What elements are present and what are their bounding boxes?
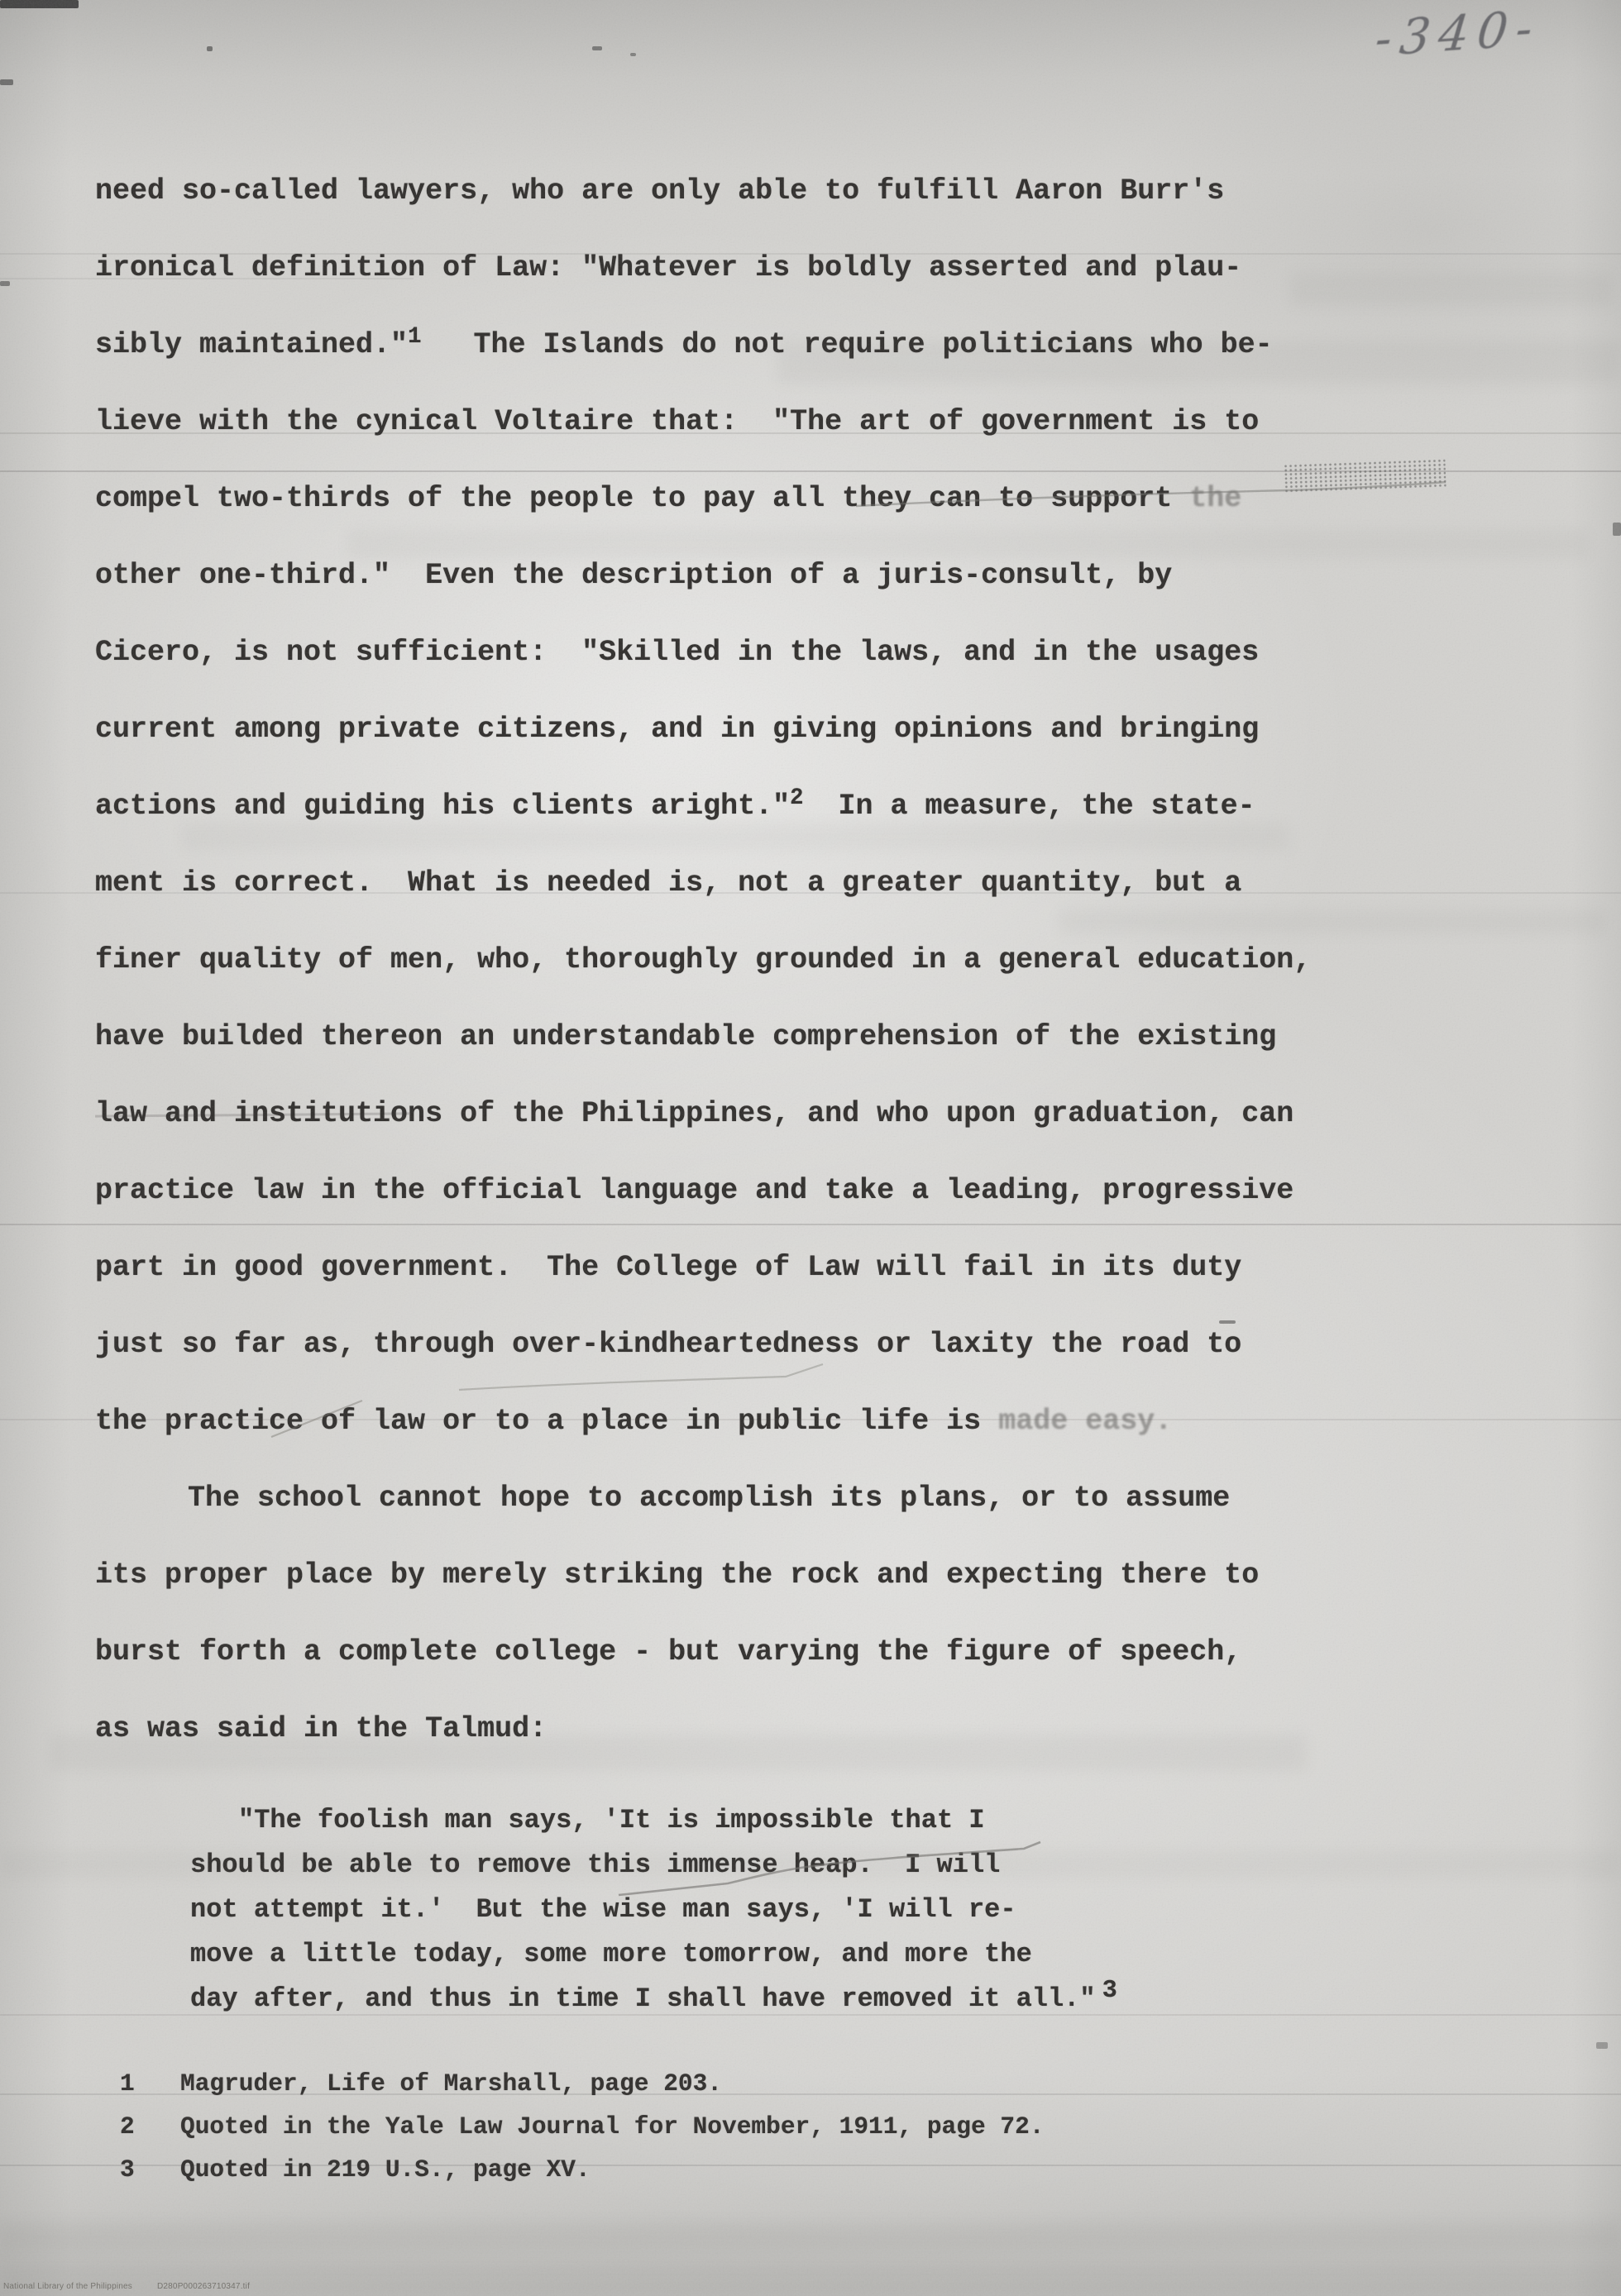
scanned-document-page: -340- need so-called lawyers, who are on… bbox=[0, 0, 1621, 2296]
paper-grain-texture bbox=[0, 0, 1621, 2296]
archive-library-name: National Library of the Philippines bbox=[3, 2282, 132, 2291]
archive-document-id: D280P000263710347.tif bbox=[157, 2282, 250, 2291]
archive-watermark: National Library of the PhilippinesD280P… bbox=[3, 2282, 275, 2291]
